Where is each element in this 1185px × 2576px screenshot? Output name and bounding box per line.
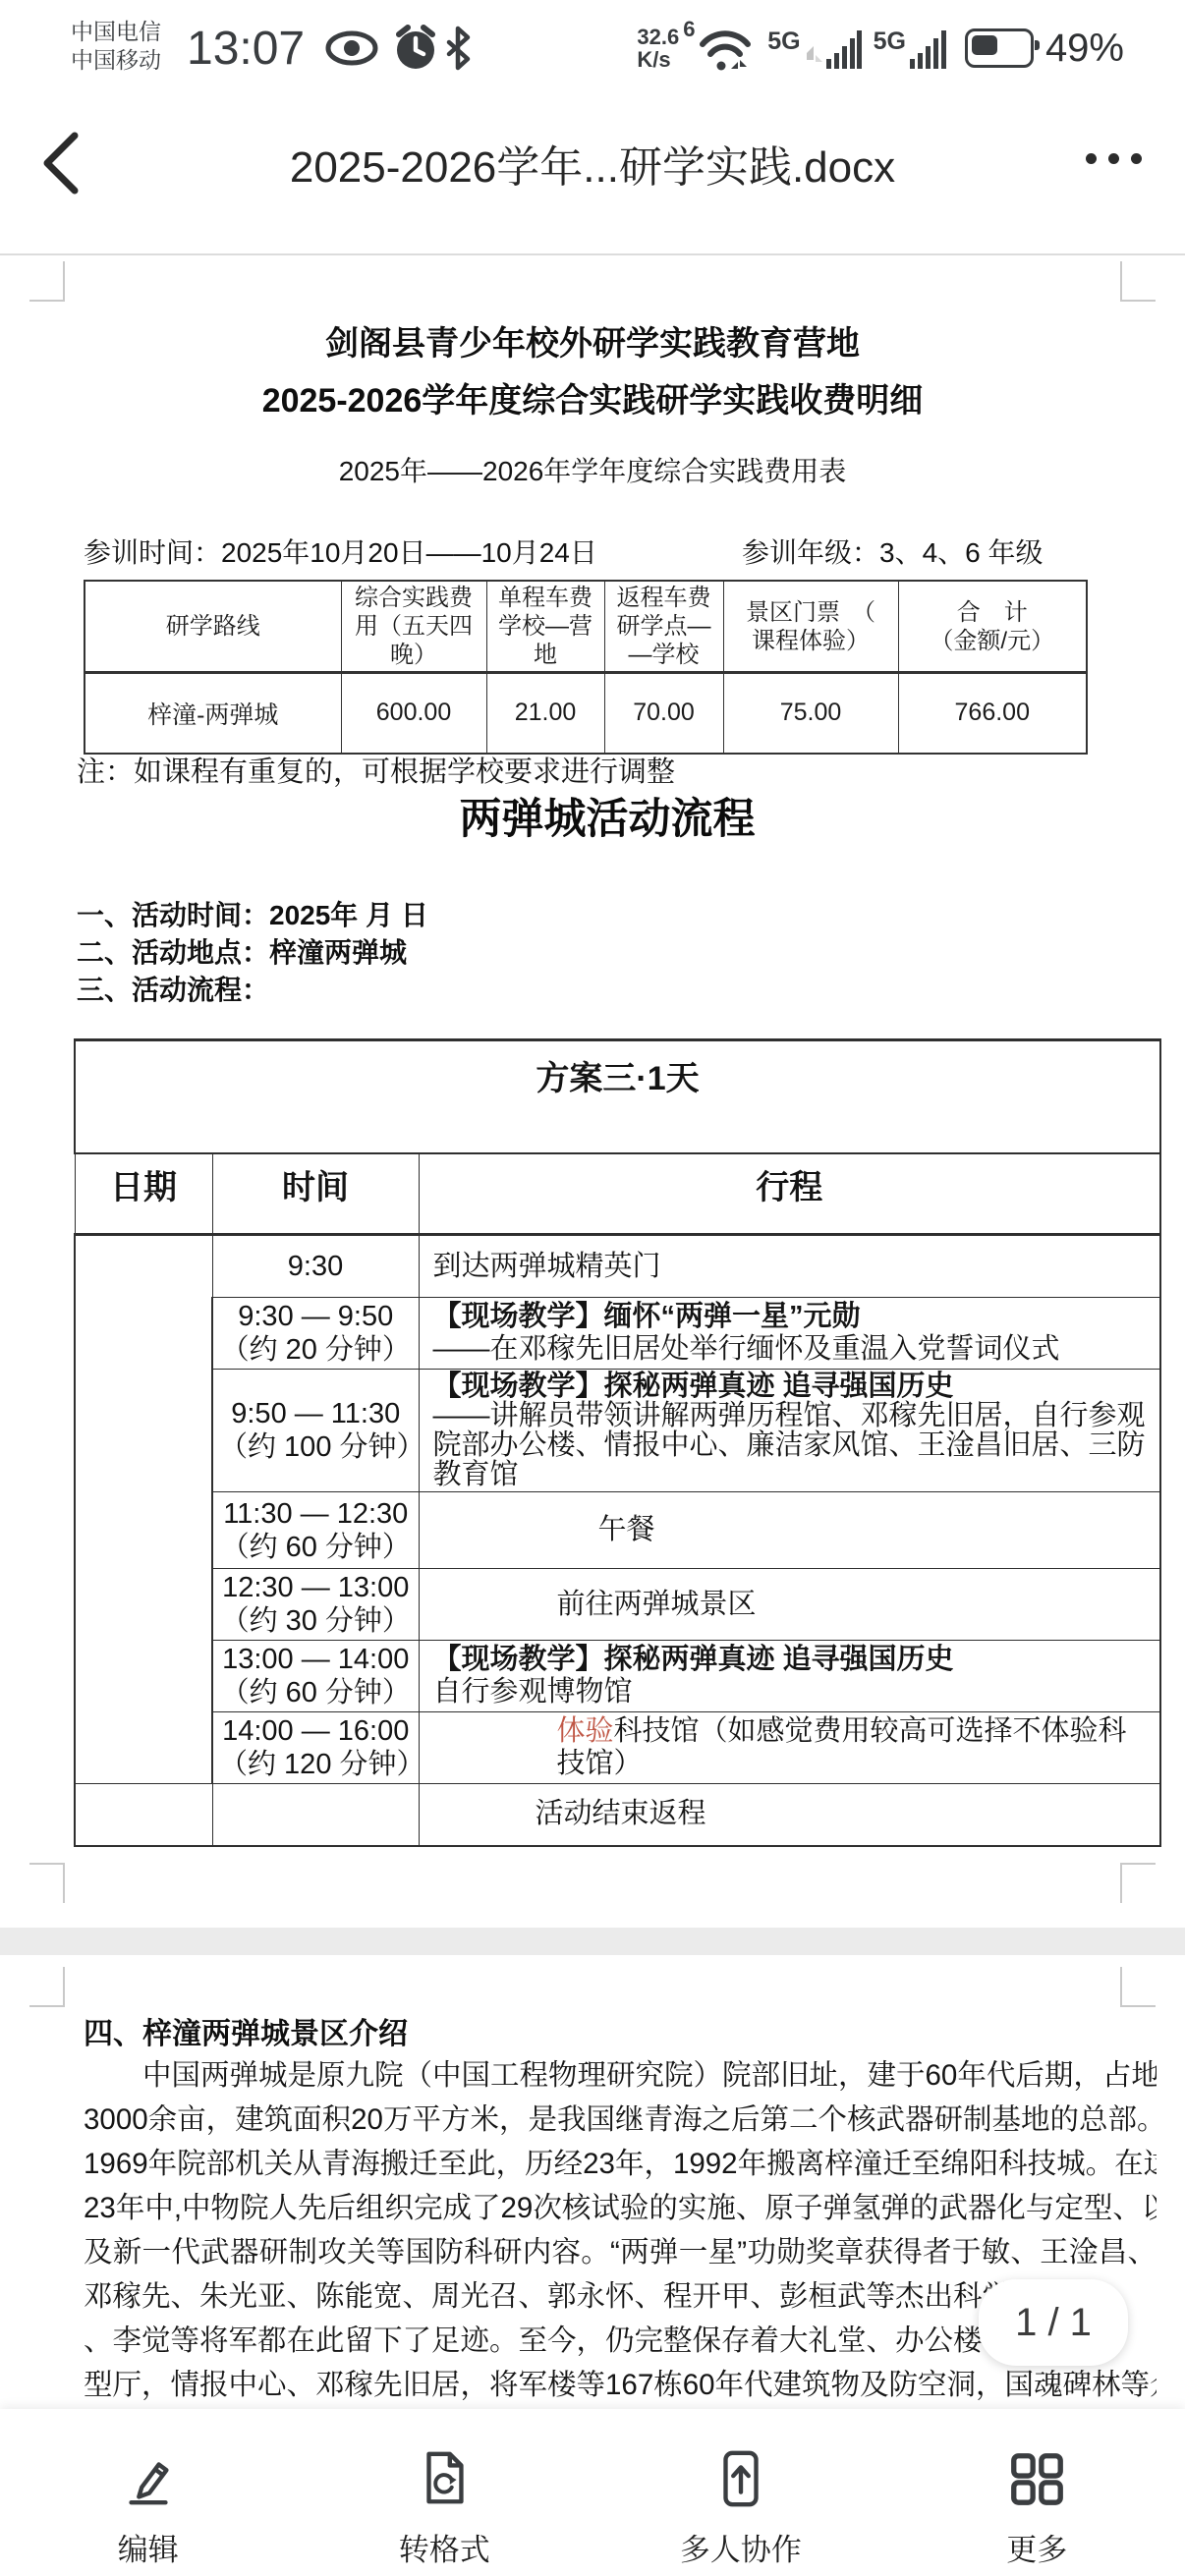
- itinerary-cell: 【现场教学】探秘两弹真迹 追寻强国历史 ——讲解员带领讲解两弹历程馆、邓稼先旧居…: [419, 1370, 1160, 1492]
- date-cell: [75, 1784, 212, 1846]
- signal-sim1: 5G: [767, 26, 861, 71]
- itinerary-cell: 体验科技馆（如感觉费用较高可选择不体验科技馆）: [419, 1712, 1160, 1784]
- itinerary-cell: 前往两弹城景区: [419, 1569, 1160, 1641]
- col-date: 日期: [75, 1153, 212, 1235]
- more-button[interactable]: 更多: [929, 2409, 1145, 2569]
- margin-mark-bottom-left: [29, 1863, 65, 1903]
- fee-table-header-row: 研学路线 综合实践费 用（五天四 晚） 单程车费 学校—营 地 返程车费 研学点…: [85, 581, 1087, 673]
- net-speed-unit: K/s: [637, 48, 679, 71]
- date-cell: [75, 1235, 212, 1784]
- fee-total: 766.00: [898, 673, 1087, 754]
- paragraph-line: 3000余亩，建筑面积20万平方米，是我国继青海之后第二个核武器研制基地的总部。: [84, 2098, 1157, 2142]
- lesson-detail: 自行参观博物馆: [433, 1676, 1155, 1708]
- fee-oneway: 21.00: [486, 673, 604, 754]
- eye-protection-icon: [324, 0, 379, 96]
- paragraph-line: 型厅，情报中心、邓稼先旧居，将军楼等167栋60年代建筑物及防空洞，国魂碑林等众: [84, 2363, 1157, 2407]
- margin-mark-page2-top-left: [29, 1967, 65, 2007]
- fee-route: 梓潼-两弹城: [85, 673, 341, 754]
- battery-icon: [965, 28, 1034, 68]
- itinerary-cell: 午餐: [419, 1492, 1160, 1569]
- more-menu-icon[interactable]: [1086, 153, 1142, 164]
- fee-col-return-bus: 返程车费 研学点— —学校: [604, 581, 723, 673]
- lesson-title: 【现场教学】探秘两弹真迹 追寻强国历史: [433, 1372, 1155, 1401]
- sim2-5g-label: 5G: [874, 28, 906, 56]
- collaborate-button[interactable]: 多人协作: [633, 2409, 849, 2569]
- col-time: 时间: [212, 1153, 419, 1235]
- battery-percent: 49%: [1045, 27, 1124, 71]
- page-break-gap: [0, 1928, 1185, 1955]
- carrier-labels: 中国电信 中国移动: [71, 18, 161, 75]
- lesson-title: 【现场教学】探秘两弹真迹 追寻强国历史: [433, 1644, 1155, 1676]
- training-time: 参训时间：2025年10月20日——10月24日: [84, 537, 597, 568]
- highlight-experience: 体验: [557, 1715, 614, 1747]
- paragraph-line: 及新一代武器研制攻关等国防科研内容。“两弹一星”功勋奖章获得者于敏、王淦昌、: [84, 2230, 1157, 2274]
- collaborate-label: 多人协作: [680, 2525, 802, 2569]
- status-bar: 中国电信 中国移动 13:07 32.6 K/s: [0, 0, 1185, 96]
- lesson-title: 【现场教学】缅怀“两弹一星”元勋: [433, 1301, 1155, 1333]
- fee-practice: 600.00: [341, 673, 486, 754]
- col-itinerary: 行程: [419, 1153, 1160, 1235]
- lesson-detail: ——在邓稼先旧居处举行缅怀及重温入党誓词仪式: [433, 1333, 1155, 1366]
- bottom-toolbar: 编辑 转格式 多人协作: [0, 2409, 1185, 2576]
- convert-format-label: 转格式: [399, 2525, 490, 2569]
- edit-icon: [118, 2448, 179, 2509]
- network-speed: 32.6 K/s: [637, 26, 679, 71]
- time-cell: 13:00 — 14:00 （约 60 分钟）: [212, 1641, 419, 1712]
- carrier-1: 中国电信: [71, 18, 161, 46]
- fee-table-subtitle: 2025年——2026年学年度综合实践费用表: [0, 450, 1185, 489]
- margin-mark-top-left: [29, 261, 65, 302]
- schedule-row: 11:30 — 12:30 （约 60 分钟） 午餐: [75, 1492, 1160, 1569]
- time-cell: 9:30 — 9:50 （约 20 分钟）: [212, 1298, 419, 1370]
- lesson-detail: 科技馆（如感觉费用较高可选择不体验科技馆）: [557, 1715, 1127, 1779]
- item-activity-time: 一、活动时间：2025年 月 日: [77, 894, 428, 933]
- bluetooth-icon: [444, 0, 472, 96]
- net-speed-value: 32.6: [637, 26, 679, 48]
- edit-label: 编辑: [118, 2525, 179, 2569]
- back-button[interactable]: [33, 130, 92, 196]
- wifi-icon: 6: [691, 23, 756, 74]
- itinerary-cell: 【现场教学】探秘两弹真迹 追寻强国历史 自行参观博物馆: [419, 1641, 1160, 1712]
- collaborate-icon: [710, 2448, 771, 2509]
- fee-col-practice-fee: 综合实践费 用（五天四 晚）: [341, 581, 486, 673]
- alarm-icon: [391, 0, 440, 96]
- paragraph-line: 1969年院部机关从青海搬迁至此，历经23年，1992年搬离梓潼迁至绵阳科技城。…: [84, 2142, 1157, 2186]
- more-label: 更多: [1006, 2525, 1067, 2569]
- fee-table-data-row: 梓潼-两弹城 600.00 21.00 70.00 75.00 766.00: [85, 673, 1087, 754]
- fee-col-oneway-bus: 单程车费 学校—营 地: [486, 581, 604, 673]
- time-cell: [212, 1784, 419, 1846]
- doc-heading-line2: 2025-2026学年度综合实践研学实践收费明细: [0, 373, 1185, 421]
- fee-col-total: 合 计 （金额/元）: [898, 581, 1087, 673]
- lesson-detail: ——讲解员带领讲解两弹历程馆、邓稼先旧居，自行参观院部办公楼、情报中心、廉洁家风…: [433, 1401, 1155, 1489]
- fee-col-tickets: 景区门票 （ 课程体验）: [723, 581, 898, 673]
- itinerary-cell: 到达两弹城精英门: [419, 1235, 1160, 1298]
- convert-format-icon: [414, 2448, 475, 2509]
- paragraph-line: 中国两弹城是原九院（中国工程物理研究院）院部旧址，建于60年代后期，占地: [84, 2053, 1157, 2098]
- activity-flow-heading: 两弹城活动流程: [0, 786, 1185, 846]
- status-right-cluster: 32.6 K/s 6 5G: [637, 0, 1124, 96]
- edit-button[interactable]: 编辑: [40, 2409, 256, 2569]
- margin-mark-page2-top-right: [1120, 1967, 1156, 2007]
- schedule-row: 活动结束返程: [75, 1784, 1160, 1846]
- time-cell: 14:00 — 16:00 （约 120 分钟）: [212, 1712, 419, 1784]
- schedule-row: 9:30 到达两弹城精英门: [75, 1235, 1160, 1298]
- plan-title-row: 方案三·1天: [75, 1040, 1160, 1153]
- more-grid-icon: [1006, 2448, 1067, 2509]
- status-clock: 13:07: [187, 22, 305, 76]
- time-cell: 12:30 — 13:00 （约 30 分钟）: [212, 1569, 419, 1641]
- fee-note: 注：如课程有重复的，可根据学校要求进行调整: [77, 750, 675, 790]
- itinerary-cell: 活动结束返程: [419, 1784, 1160, 1846]
- schedule-row: 14:00 — 16:00 （约 120 分钟） 体验科技馆（如感觉费用较高可选…: [75, 1712, 1160, 1784]
- time-cell: 11:30 — 12:30 （约 60 分钟）: [212, 1492, 419, 1569]
- convert-format-button[interactable]: 转格式: [336, 2409, 552, 2569]
- schedule-table: 方案三·1天 日期 时间 行程 9:30 到达两弹城精英门 9:30 — 9:5…: [74, 1038, 1161, 1847]
- page-top-divider: [0, 253, 1185, 255]
- schedule-row: 12:30 — 13:00 （约 30 分钟） 前往两弹城景区: [75, 1569, 1160, 1641]
- schedule-row: 9:30 — 9:50 （约 20 分钟） 【现场教学】缅怀“两弹一星”元勋 —…: [75, 1298, 1160, 1370]
- signal-sim2: 5G: [874, 26, 953, 71]
- sim1-5g-label: 5G: [767, 28, 800, 56]
- margin-mark-bottom-right: [1120, 1863, 1156, 1903]
- margin-mark-top-right: [1120, 261, 1156, 302]
- fee-table: 研学路线 综合实践费 用（五天四 晚） 单程车费 学校—营 地 返程车费 研学点…: [84, 580, 1088, 755]
- section4-heading: 四、梓潼两弹城景区介绍: [84, 2009, 408, 2052]
- fee-col-route: 研学路线: [85, 581, 341, 673]
- carrier-2: 中国移动: [71, 46, 161, 75]
- item-activity-flow: 三、活动流程：: [77, 969, 269, 1008]
- doc-heading-line1: 剑阁县青少年校外研学实践教育营地: [0, 316, 1185, 364]
- schedule-header-row: 日期 时间 行程: [75, 1153, 1160, 1235]
- page-indicator: 1 / 1: [979, 2279, 1128, 2366]
- fee-return: 70.00: [604, 673, 723, 754]
- training-grades: 参训年级：3、4、6 年级: [742, 532, 1044, 571]
- app-screen: 中国电信 中国移动 13:07 32.6 K/s: [0, 0, 1185, 2576]
- time-cell: 9:50 — 11:30 （约 100 分钟）: [212, 1370, 419, 1492]
- schedule-row: 13:00 — 14:00 （约 60 分钟） 【现场教学】探秘两弹真迹 追寻强…: [75, 1641, 1160, 1712]
- item-activity-place: 二、活动地点：梓潼两弹城: [77, 931, 407, 971]
- wifi6-badge: 6: [683, 17, 695, 42]
- plan-title: 方案三·1天: [75, 1040, 1160, 1153]
- title-bar: 2025-2026学年...研学实践.docx: [0, 96, 1185, 230]
- paragraph-line: 23年中,中物院人先后组织完成了29次核试验的实施、原子弹氢弹的武器化与定型、以: [84, 2186, 1157, 2230]
- itinerary-cell: 【现场教学】缅怀“两弹一星”元勋 ——在邓稼先旧居处举行缅怀及重温入党誓词仪式: [419, 1298, 1160, 1370]
- fee-ticket: 75.00: [723, 673, 898, 754]
- training-info-line: 参训时间：2025年10月20日——10月24日 参训年级：3、4、6 年级: [84, 532, 1146, 571]
- schedule-row: 9:50 — 11:30 （约 100 分钟） 【现场教学】探秘两弹真迹 追寻强…: [75, 1370, 1160, 1492]
- time-cell: 9:30: [212, 1235, 419, 1298]
- document-title: 2025-2026学年...研学实践.docx: [147, 132, 1038, 195]
